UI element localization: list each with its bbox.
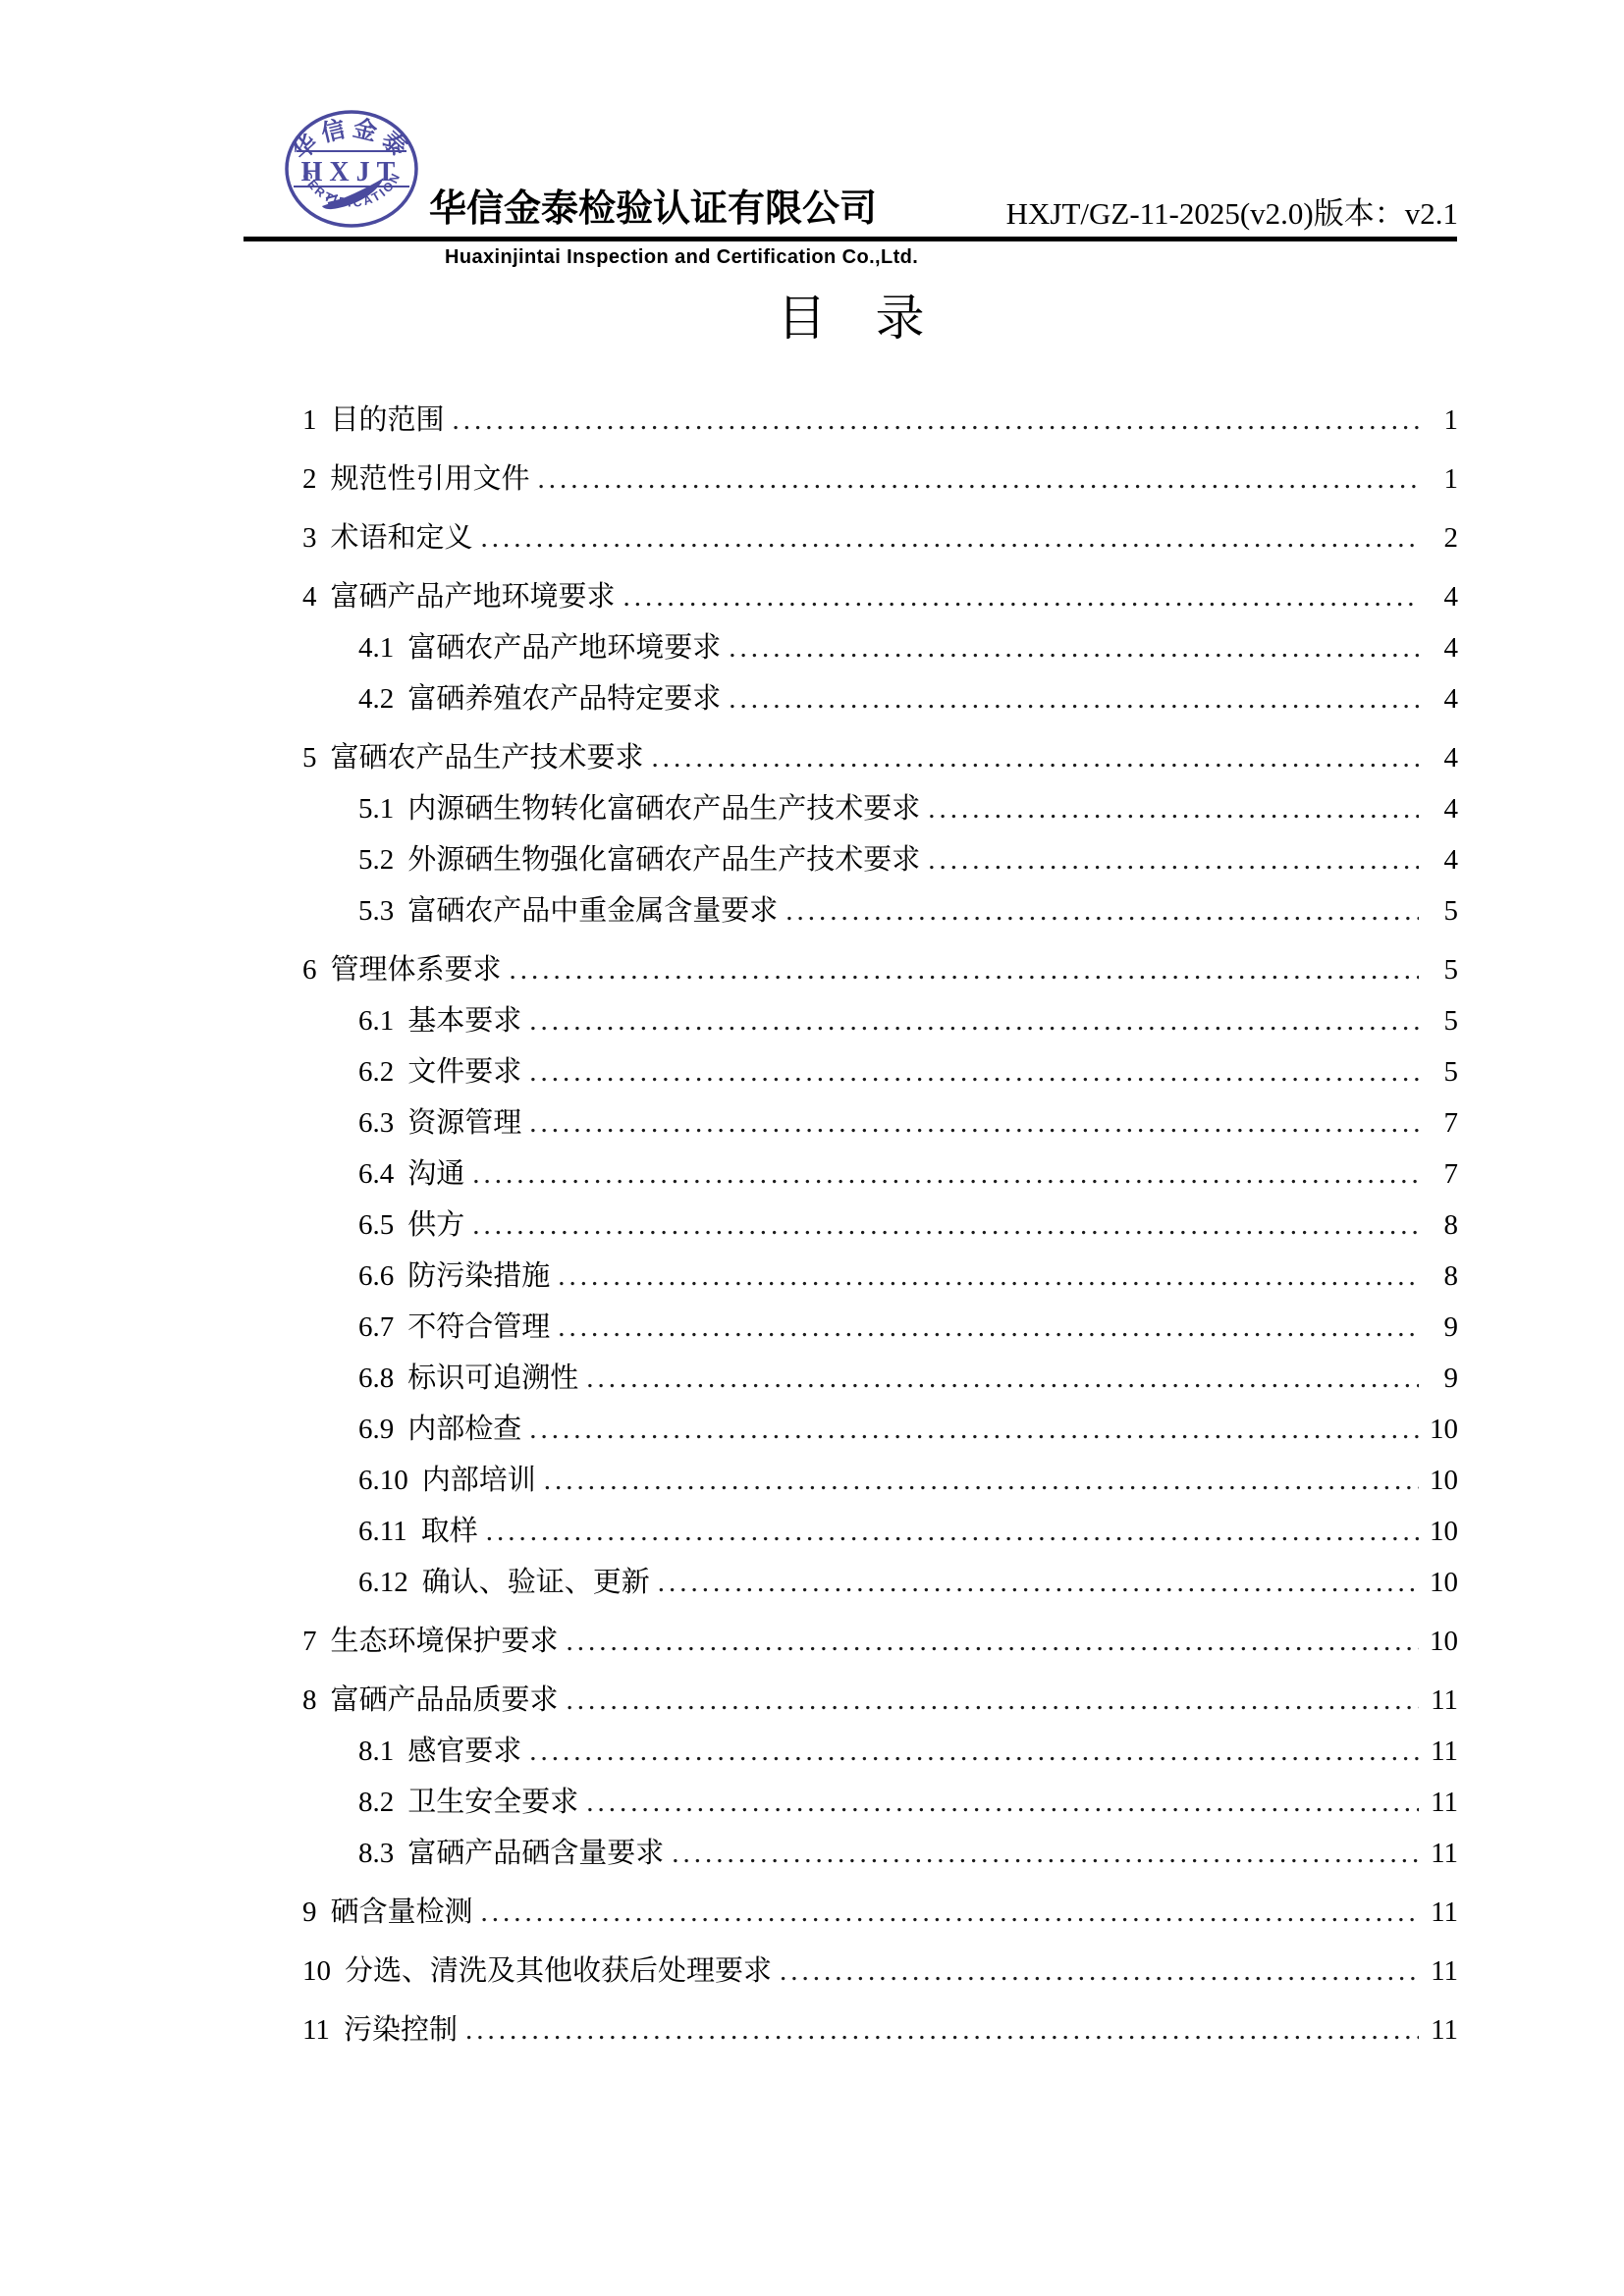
toc-leader-dots <box>472 1203 1419 1247</box>
toc-entry-number: 8.2 <box>358 1781 394 1824</box>
toc-entry-title: 不符合管理 <box>407 1306 550 1349</box>
toc-entry-page: 11 <box>1425 1781 1458 1824</box>
toc-entry-title: 文件要求 <box>407 1050 521 1094</box>
toc-entry-number: 3 <box>302 516 317 560</box>
toc-entry-number: 8.1 <box>358 1730 394 1773</box>
toc-entry: 5.3富硒农产品中重金属含量要求5 <box>302 889 1458 933</box>
toc-leader-dots <box>529 1730 1419 1773</box>
toc-leader-dots <box>586 1357 1419 1400</box>
toc-entry: 6.1基本要求5 <box>302 999 1458 1042</box>
toc-entry: 3术语和定义2 <box>302 516 1458 560</box>
toc-leader-dots <box>928 838 1419 881</box>
toc-entry: 6.6防污染措施8 <box>302 1255 1458 1298</box>
toc-entry-number: 4 <box>302 575 317 618</box>
toc-entry-number: 10 <box>302 1949 331 1993</box>
toc-entry-page: 4 <box>1425 626 1458 669</box>
toc-entry: 5富硒农产品生产技术要求4 <box>302 736 1458 779</box>
toc-entry-page: 8 <box>1425 1203 1458 1247</box>
toc-leader-dots <box>558 1255 1419 1298</box>
toc-entry-page: 11 <box>1425 1949 1458 1993</box>
toc-leader-dots <box>529 1408 1419 1451</box>
toc-entry-number: 11 <box>302 2008 330 2052</box>
toc-entry-page: 9 <box>1425 1357 1458 1400</box>
toc-entry-title: 富硒产品产地环境要求 <box>331 575 616 618</box>
toc-entry-number: 6.10 <box>358 1459 408 1502</box>
toc-entry-number: 7 <box>302 1620 317 1663</box>
toc-entry-number: 6.9 <box>358 1408 394 1451</box>
toc-entry-number: 5 <box>302 736 317 779</box>
toc-leader-dots <box>529 999 1419 1042</box>
toc-leader-dots <box>780 1949 1419 1993</box>
toc-entry-page: 11 <box>1425 1730 1458 1773</box>
toc-entry: 4富硒产品产地环境要求4 <box>302 575 1458 618</box>
toc-entry: 6.4沟通7 <box>302 1152 1458 1196</box>
toc-leader-dots <box>623 575 1419 618</box>
document-page: 华信金泰 HXJT CERTIFICATION 华信金泰检验认证有限公司 HXJ… <box>0 0 1624 2296</box>
toc-entry-page: 7 <box>1425 1152 1458 1196</box>
toc-entry-number: 5.3 <box>358 889 394 933</box>
toc-entry: 6.7不符合管理9 <box>302 1306 1458 1349</box>
toc-leader-dots <box>529 1050 1419 1094</box>
toc-entry-title: 富硒产品硒含量要求 <box>407 1832 664 1875</box>
toc-entry-number: 1 <box>302 399 317 442</box>
toc-leader-dots <box>529 1101 1419 1145</box>
toc-leader-dots <box>472 1152 1419 1196</box>
toc-entry-title: 基本要求 <box>407 999 521 1042</box>
toc-entry: 6.2文件要求5 <box>302 1050 1458 1094</box>
toc-entry-page: 4 <box>1425 787 1458 830</box>
toc-entry: 9硒含量检测11 <box>302 1891 1458 1934</box>
toc-leader-dots <box>672 1832 1419 1875</box>
toc-entry: 8富硒产品品质要求11 <box>302 1679 1458 1722</box>
toc-entry: 4.1富硒农产品产地环境要求4 <box>302 626 1458 669</box>
toc-entry-title: 管理体系要求 <box>331 948 502 991</box>
toc-leader-dots <box>729 677 1419 721</box>
toc-entry-number: 6.11 <box>358 1510 407 1553</box>
toc-entry-title: 供方 <box>407 1203 464 1247</box>
toc-entry-title: 沟通 <box>407 1152 464 1196</box>
toc-entry-number: 8.3 <box>358 1832 394 1875</box>
toc-entry-page: 1 <box>1425 399 1458 442</box>
toc-leader-dots <box>729 626 1419 669</box>
toc-entry-page: 10 <box>1425 1561 1458 1604</box>
toc-leader-dots <box>567 1679 1419 1722</box>
toc-entry-title: 富硒农产品产地环境要求 <box>407 626 721 669</box>
toc-entry-title: 规范性引用文件 <box>331 457 530 501</box>
toc-entry-number: 6.7 <box>358 1306 394 1349</box>
toc-leader-dots <box>928 787 1419 830</box>
toc-entry-title: 确认、验证、更新 <box>422 1561 650 1604</box>
toc-entry-title: 硒含量检测 <box>331 1891 473 1934</box>
toc-entry-page: 11 <box>1425 1891 1458 1934</box>
toc-entry-number: 6.1 <box>358 999 394 1042</box>
toc-leader-dots <box>538 457 1419 501</box>
toc-entry-title: 富硒养殖农产品特定要求 <box>407 677 721 721</box>
company-name-en: Huaxinjintai Inspection and Certificatio… <box>445 246 918 269</box>
toc-entry-title: 外源硒生物强化富硒农产品生产技术要求 <box>407 838 920 881</box>
page-title: 目 录 <box>244 290 1458 347</box>
toc-entry-title: 术语和定义 <box>331 516 473 560</box>
toc-leader-dots <box>652 736 1419 779</box>
toc-entry-title: 内部培训 <box>422 1459 536 1502</box>
toc-leader-dots <box>558 1306 1419 1349</box>
toc-entry-page: 1 <box>1425 457 1458 501</box>
toc-entry: 2规范性引用文件1 <box>302 457 1458 501</box>
toc-entry-title: 生态环境保护要求 <box>331 1620 559 1663</box>
toc-entry: 5.1内源硒生物转化富硒农产品生产技术要求4 <box>302 787 1458 830</box>
toc-entry: 4.2富硒养殖农产品特定要求4 <box>302 677 1458 721</box>
toc-entry-title: 资源管理 <box>407 1101 521 1145</box>
toc-entry-number: 5.2 <box>358 838 394 881</box>
toc-entry: 6.8标识可追溯性9 <box>302 1357 1458 1400</box>
toc-leader-dots <box>658 1561 1419 1604</box>
toc-entry-title: 污染控制 <box>344 2008 458 2052</box>
toc-entry-page: 5 <box>1425 948 1458 991</box>
toc-entry-title: 分选、清洗及其他收获后处理要求 <box>345 1949 772 1993</box>
toc-entry-page: 11 <box>1425 1832 1458 1875</box>
toc-entry-title: 防污染措施 <box>407 1255 550 1298</box>
toc-entry: 6.3资源管理7 <box>302 1101 1458 1145</box>
toc-leader-dots <box>465 2008 1419 2052</box>
toc-entry: 7生态环境保护要求10 <box>302 1620 1458 1663</box>
toc-entry-title: 内源硒生物转化富硒农产品生产技术要求 <box>407 787 920 830</box>
toc-entry-title: 富硒农产品生产技术要求 <box>331 736 644 779</box>
toc-entry: 8.3富硒产品硒含量要求11 <box>302 1832 1458 1875</box>
toc-entry-page: 10 <box>1425 1459 1458 1502</box>
toc-entry: 6.5供方8 <box>302 1203 1458 1247</box>
toc-entry-title: 取样 <box>421 1510 478 1553</box>
toc-leader-dots <box>481 1891 1419 1934</box>
toc-entry-number: 6.2 <box>358 1050 394 1094</box>
toc-entry-page: 9 <box>1425 1306 1458 1349</box>
header-rule <box>244 237 1457 241</box>
toc-entry-page: 11 <box>1425 2008 1458 2052</box>
toc-entry-number: 5.1 <box>358 787 394 830</box>
toc-leader-dots <box>586 1781 1419 1824</box>
toc-entry-number: 6.4 <box>358 1152 394 1196</box>
toc-entry-title: 卫生安全要求 <box>407 1781 578 1824</box>
toc-entry: 6.10内部培训10 <box>302 1459 1458 1502</box>
toc-entry-number: 4.1 <box>358 626 394 669</box>
toc-entry-page: 5 <box>1425 889 1458 933</box>
toc-entry: 8.1感官要求11 <box>302 1730 1458 1773</box>
toc-leader-dots <box>785 889 1419 933</box>
toc-entry: 1目的范围1 <box>302 399 1458 442</box>
toc-entry-number: 6.6 <box>358 1255 394 1298</box>
toc-entry-title: 感官要求 <box>407 1730 521 1773</box>
toc-entry: 6管理体系要求5 <box>302 948 1458 991</box>
table-of-contents: 1目的范围12规范性引用文件13术语和定义24富硒产品产地环境要求44.1富硒农… <box>302 383 1458 2052</box>
toc-entry-title: 标识可追溯性 <box>407 1357 578 1400</box>
toc-entry-number: 2 <box>302 457 317 501</box>
toc-entry: 6.11取样10 <box>302 1510 1458 1553</box>
toc-entry: 5.2外源硒生物强化富硒农产品生产技术要求4 <box>302 838 1458 881</box>
toc-entry-page: 4 <box>1425 838 1458 881</box>
toc-entry-page: 5 <box>1425 1050 1458 1094</box>
toc-leader-dots <box>544 1459 1419 1502</box>
toc-entry-number: 9 <box>302 1891 317 1934</box>
toc-entry: 8.2卫生安全要求11 <box>302 1781 1458 1824</box>
toc-entry-number: 4.2 <box>358 677 394 721</box>
company-name-zh: 华信金泰检验认证有限公司 <box>429 187 877 232</box>
toc-entry-page: 4 <box>1425 677 1458 721</box>
toc-entry-page: 8 <box>1425 1255 1458 1298</box>
toc-entry-title: 目的范围 <box>331 399 445 442</box>
toc-entry: 6.12确认、验证、更新10 <box>302 1561 1458 1604</box>
toc-entry-title: 内部检查 <box>407 1408 521 1451</box>
company-logo: 华信金泰 HXJT CERTIFICATION <box>283 108 420 234</box>
toc-entry-page: 2 <box>1425 516 1458 560</box>
toc-entry: 10分选、清洗及其他收获后处理要求11 <box>302 1949 1458 1993</box>
toc-entry-page: 10 <box>1425 1620 1458 1663</box>
toc-entry-number: 6 <box>302 948 317 991</box>
toc-entry: 11污染控制11 <box>302 2008 1458 2052</box>
toc-entry-number: 8 <box>302 1679 317 1722</box>
toc-entry-number: 6.8 <box>358 1357 394 1400</box>
toc-leader-dots <box>481 516 1419 560</box>
toc-entry-page: 4 <box>1425 575 1458 618</box>
toc-entry-number: 6.5 <box>358 1203 394 1247</box>
toc-entry-title: 富硒产品品质要求 <box>331 1679 559 1722</box>
toc-entry: 6.9内部检查10 <box>302 1408 1458 1451</box>
toc-entry-number: 6.12 <box>358 1561 408 1604</box>
toc-entry-page: 7 <box>1425 1101 1458 1145</box>
toc-leader-dots <box>486 1510 1419 1553</box>
toc-leader-dots <box>567 1620 1419 1663</box>
toc-entry-page: 4 <box>1425 736 1458 779</box>
toc-entry-page: 10 <box>1425 1408 1458 1451</box>
toc-entry-number: 6.3 <box>358 1101 394 1145</box>
toc-entry-page: 5 <box>1425 999 1458 1042</box>
doc-number: HXJT/GZ-11-2025(v2.0)版本：v2.1 <box>1006 195 1458 233</box>
toc-leader-dots <box>453 399 1419 442</box>
toc-leader-dots <box>510 948 1419 991</box>
toc-entry-title: 富硒农产品中重金属含量要求 <box>407 889 778 933</box>
toc-entry-page: 11 <box>1425 1679 1458 1722</box>
toc-entry-page: 10 <box>1425 1510 1458 1553</box>
